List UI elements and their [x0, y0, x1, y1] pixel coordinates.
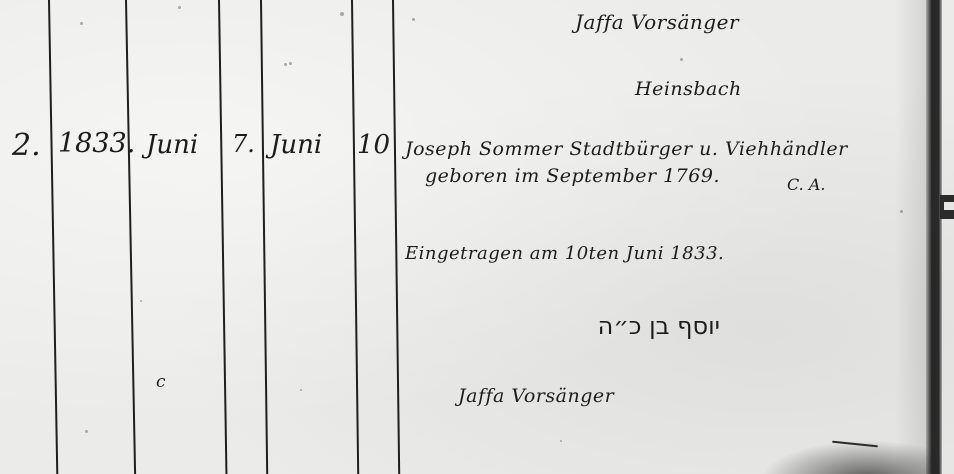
column-rule — [260, 0, 268, 474]
footer-signature: Jaffa Vorsänger — [458, 385, 614, 407]
entry-text-line-2: geboren im September 1769. — [425, 165, 720, 187]
place-name: Heinsbach — [635, 78, 742, 100]
paper-speck — [680, 58, 683, 61]
entry-number: 2. — [12, 128, 41, 163]
page-edge-tab-notch — [944, 202, 954, 210]
day: 7. — [232, 130, 255, 158]
paper-speck — [412, 18, 415, 21]
paper-speck — [178, 6, 181, 9]
year: 1833. — [58, 128, 135, 159]
paper-speck — [284, 63, 287, 66]
paper-speck — [140, 300, 142, 302]
register-page: 2. 1833. Juni 7. Juni 10 Jaffa Vorsänger… — [0, 0, 954, 474]
corner-shadow — [760, 440, 940, 474]
entry-text-line-1: Joseph Sommer Stadtbürger u. Viehhändler — [405, 138, 848, 160]
column-rule — [125, 0, 136, 474]
paper-speck — [80, 22, 83, 25]
paper-speck — [300, 389, 302, 391]
column-rule — [392, 0, 400, 474]
column-rule — [218, 0, 227, 474]
month-1: Juni — [146, 130, 198, 160]
month-2: Juni — [270, 130, 322, 160]
day-2: 10 — [357, 130, 390, 160]
page-edge-shadow — [895, 0, 930, 474]
column-rule — [351, 0, 359, 474]
paper-speck — [289, 62, 292, 65]
column-mark: c — [156, 372, 166, 392]
recorded-note: Eingetragen am 10ten Juni 1833. — [405, 243, 724, 264]
marginal-mark: C. A. — [787, 175, 825, 194]
header-signature: Jaffa Vorsänger — [575, 10, 739, 34]
hebrew-signature: יוסף בן כ״ה — [500, 312, 720, 340]
paper-speck — [560, 440, 562, 442]
paper-speck — [85, 430, 88, 433]
column-rule — [48, 0, 58, 474]
page-edge — [926, 0, 942, 474]
paper-speck — [340, 12, 344, 16]
